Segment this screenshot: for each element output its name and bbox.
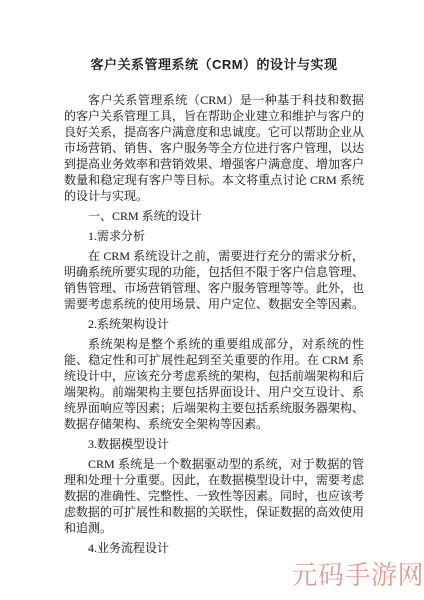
heading-requirement-analysis: 1.需求分析 [64,228,364,244]
site-watermark: 元码手游网 [291,558,424,592]
heading-business-process-design: 4.业务流程设计 [64,540,364,556]
heading-crm-system-design: 一、CRM 系统的设计 [64,208,364,224]
heading-architecture-design: 2.系统架构设计 [64,316,364,332]
paragraph-architecture-design: 系统架构是整个系统的重要组成部分，对系统的性能、稳定性和可扩展性起到至关重要的作… [64,336,364,432]
document-content: 客户关系管理系统（CRM）的设计与实现 客户关系管理系统（CRM）是一种基于科技… [0,0,424,556]
paragraph-data-model-design: CRM 系统是一个数据驱动型的系统，对于数据的管理和处理十分重要。因此，在数据模… [64,456,364,536]
heading-data-model-design: 3.数据模型设计 [64,436,364,452]
document-page: 客户关系管理系统（CRM）的设计与实现 客户关系管理系统（CRM）是一种基于科技… [0,0,424,600]
page-title: 客户关系管理系统（CRM）的设计与实现 [64,57,364,72]
paragraph-requirement-analysis: 在 CRM 系统设计之前，需要进行充分的需求分析，明确系统所要实现的功能，包括但… [64,248,364,312]
intro-paragraph: 客户关系管理系统（CRM）是一种基于科技和数据的客户关系管理工具，旨在帮助企业建… [64,92,364,204]
